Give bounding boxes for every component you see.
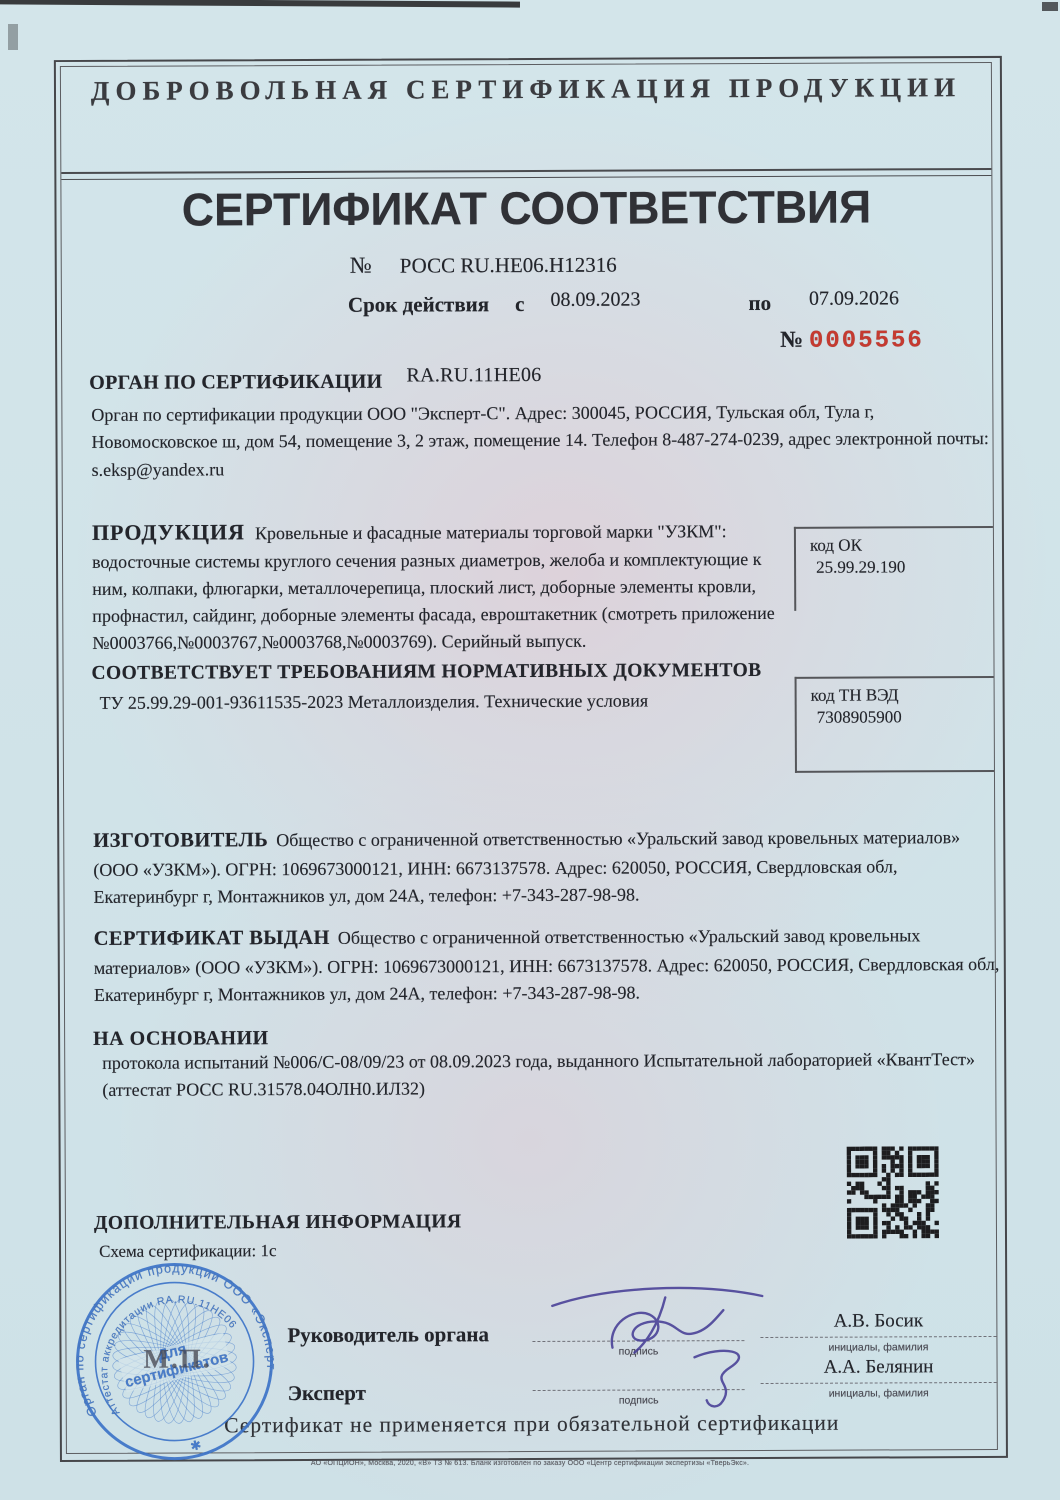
tnved-code-box: код ТН ВЭД 7308905900 xyxy=(795,676,994,773)
conformity-title: СООТВЕТСТВУЕТ ТРЕБОВАНИЯМ НОРМАТИВНЫХ ДО… xyxy=(91,660,761,685)
ok-code-label: код ОК xyxy=(810,534,993,557)
tnved-code-value: 7308905900 xyxy=(811,706,994,729)
certificate-page: ДОБРОВОЛЬНАЯ СЕРТИФИКАЦИЯ ПРОДУКЦИИ СЕРТ… xyxy=(0,0,1060,1500)
registration-number-line: №РОСС RU.HE06.H12316 xyxy=(350,252,617,279)
manufacturer-section: ИЗГОТОВИТЕЛЬОбщество с ограниченной отве… xyxy=(93,822,1001,911)
issued-section: СЕРТИФИКАТ ВЫДАНОбщество с ограниченной … xyxy=(94,920,1010,1009)
valid-to-date: 07.09.2026 xyxy=(809,287,899,309)
stamp-star: ✱ xyxy=(189,1437,203,1454)
head-name: А.В. Босик xyxy=(760,1310,996,1333)
qr-code xyxy=(847,1146,939,1238)
basis-title: НА ОСНОВАНИИ xyxy=(93,1027,269,1051)
valid-from-date: 08.09.2023 xyxy=(550,289,640,311)
basis-text: протокола испытаний №006/С-08/09/23 от 0… xyxy=(102,1046,1002,1104)
stamp-mp-mark: М.П. xyxy=(143,1343,211,1374)
from-label: с xyxy=(515,292,524,316)
scan-artifact xyxy=(8,24,18,50)
conformity-text: ТУ 25.99.29-001-93611535-2023 Металлоизд… xyxy=(100,690,649,713)
org-description: Орган по сертификации продукции ООО "Экс… xyxy=(91,398,997,484)
expert-name-caption: инициалы, фамилия xyxy=(761,1387,997,1400)
to-label: по xyxy=(748,291,771,315)
validity-line: Срок действияс08.09.2023по07.09.2026 xyxy=(348,290,899,317)
ok-code-box: код ОК 25.99.29.190 xyxy=(794,526,993,611)
blank-number-sign: № xyxy=(780,327,803,352)
org-title-text: ОРГАН ПО СЕРТИФИКАЦИИ xyxy=(89,371,382,394)
print-footer: АО «ОПЦИОН», Москва, 2020, «В» ТЗ № 613.… xyxy=(0,1460,1060,1467)
certificate-sheet: ДОБРОВОЛЬНАЯ СЕРТИФИКАЦИЯ ПРОДУКЦИИ СЕРТ… xyxy=(0,0,1060,1500)
number-sign: № xyxy=(350,253,372,278)
validity-label: Срок действия xyxy=(348,292,489,317)
blank-number-line: № 0005556 xyxy=(780,326,924,355)
tnved-code-label: код ТН ВЭД xyxy=(811,684,994,707)
head-of-body-label: Руководитель органа xyxy=(287,1322,489,1348)
registration-number: РОСС RU.HE06.H12316 xyxy=(400,253,617,278)
blank-number: 0005556 xyxy=(809,327,924,355)
manufacturer-title: ИЗГОТОВИТЕЛЬ xyxy=(93,829,268,852)
issued-title: СЕРТИФИКАТ ВЫДАН xyxy=(94,927,330,950)
scan-artifact xyxy=(1042,2,1058,11)
expert-signature-ink xyxy=(670,1345,770,1411)
org-section-title: ОРГАН ПО СЕРТИФИКАЦИИRA.RU.11HE06 xyxy=(89,370,541,395)
banner-title: ДОБРОВОЛЬНАЯ СЕРТИФИКАЦИЯ ПРОДУКЦИИ xyxy=(61,72,991,107)
product-section: ПРОДУКЦИЯКровельные и фасадные материалы… xyxy=(92,513,787,657)
expert-label: Эксперт xyxy=(288,1381,366,1406)
additional-title: ДОПОЛНИТЕЛЬНАЯ ИНФОРМАЦИЯ xyxy=(94,1211,462,1235)
org-accreditation-code: RA.RU.11HE06 xyxy=(406,364,541,387)
expert-name: А.А. Белянин xyxy=(761,1356,997,1379)
page-title: СЕРТИФИКАТ СООТВЕТСТВИЯ xyxy=(75,179,977,237)
product-title: ПРОДУКЦИЯ xyxy=(92,519,245,545)
head-name-caption: инициалы, фамилия xyxy=(760,1341,996,1354)
ok-code-value: 25.99.29.190 xyxy=(810,556,993,579)
